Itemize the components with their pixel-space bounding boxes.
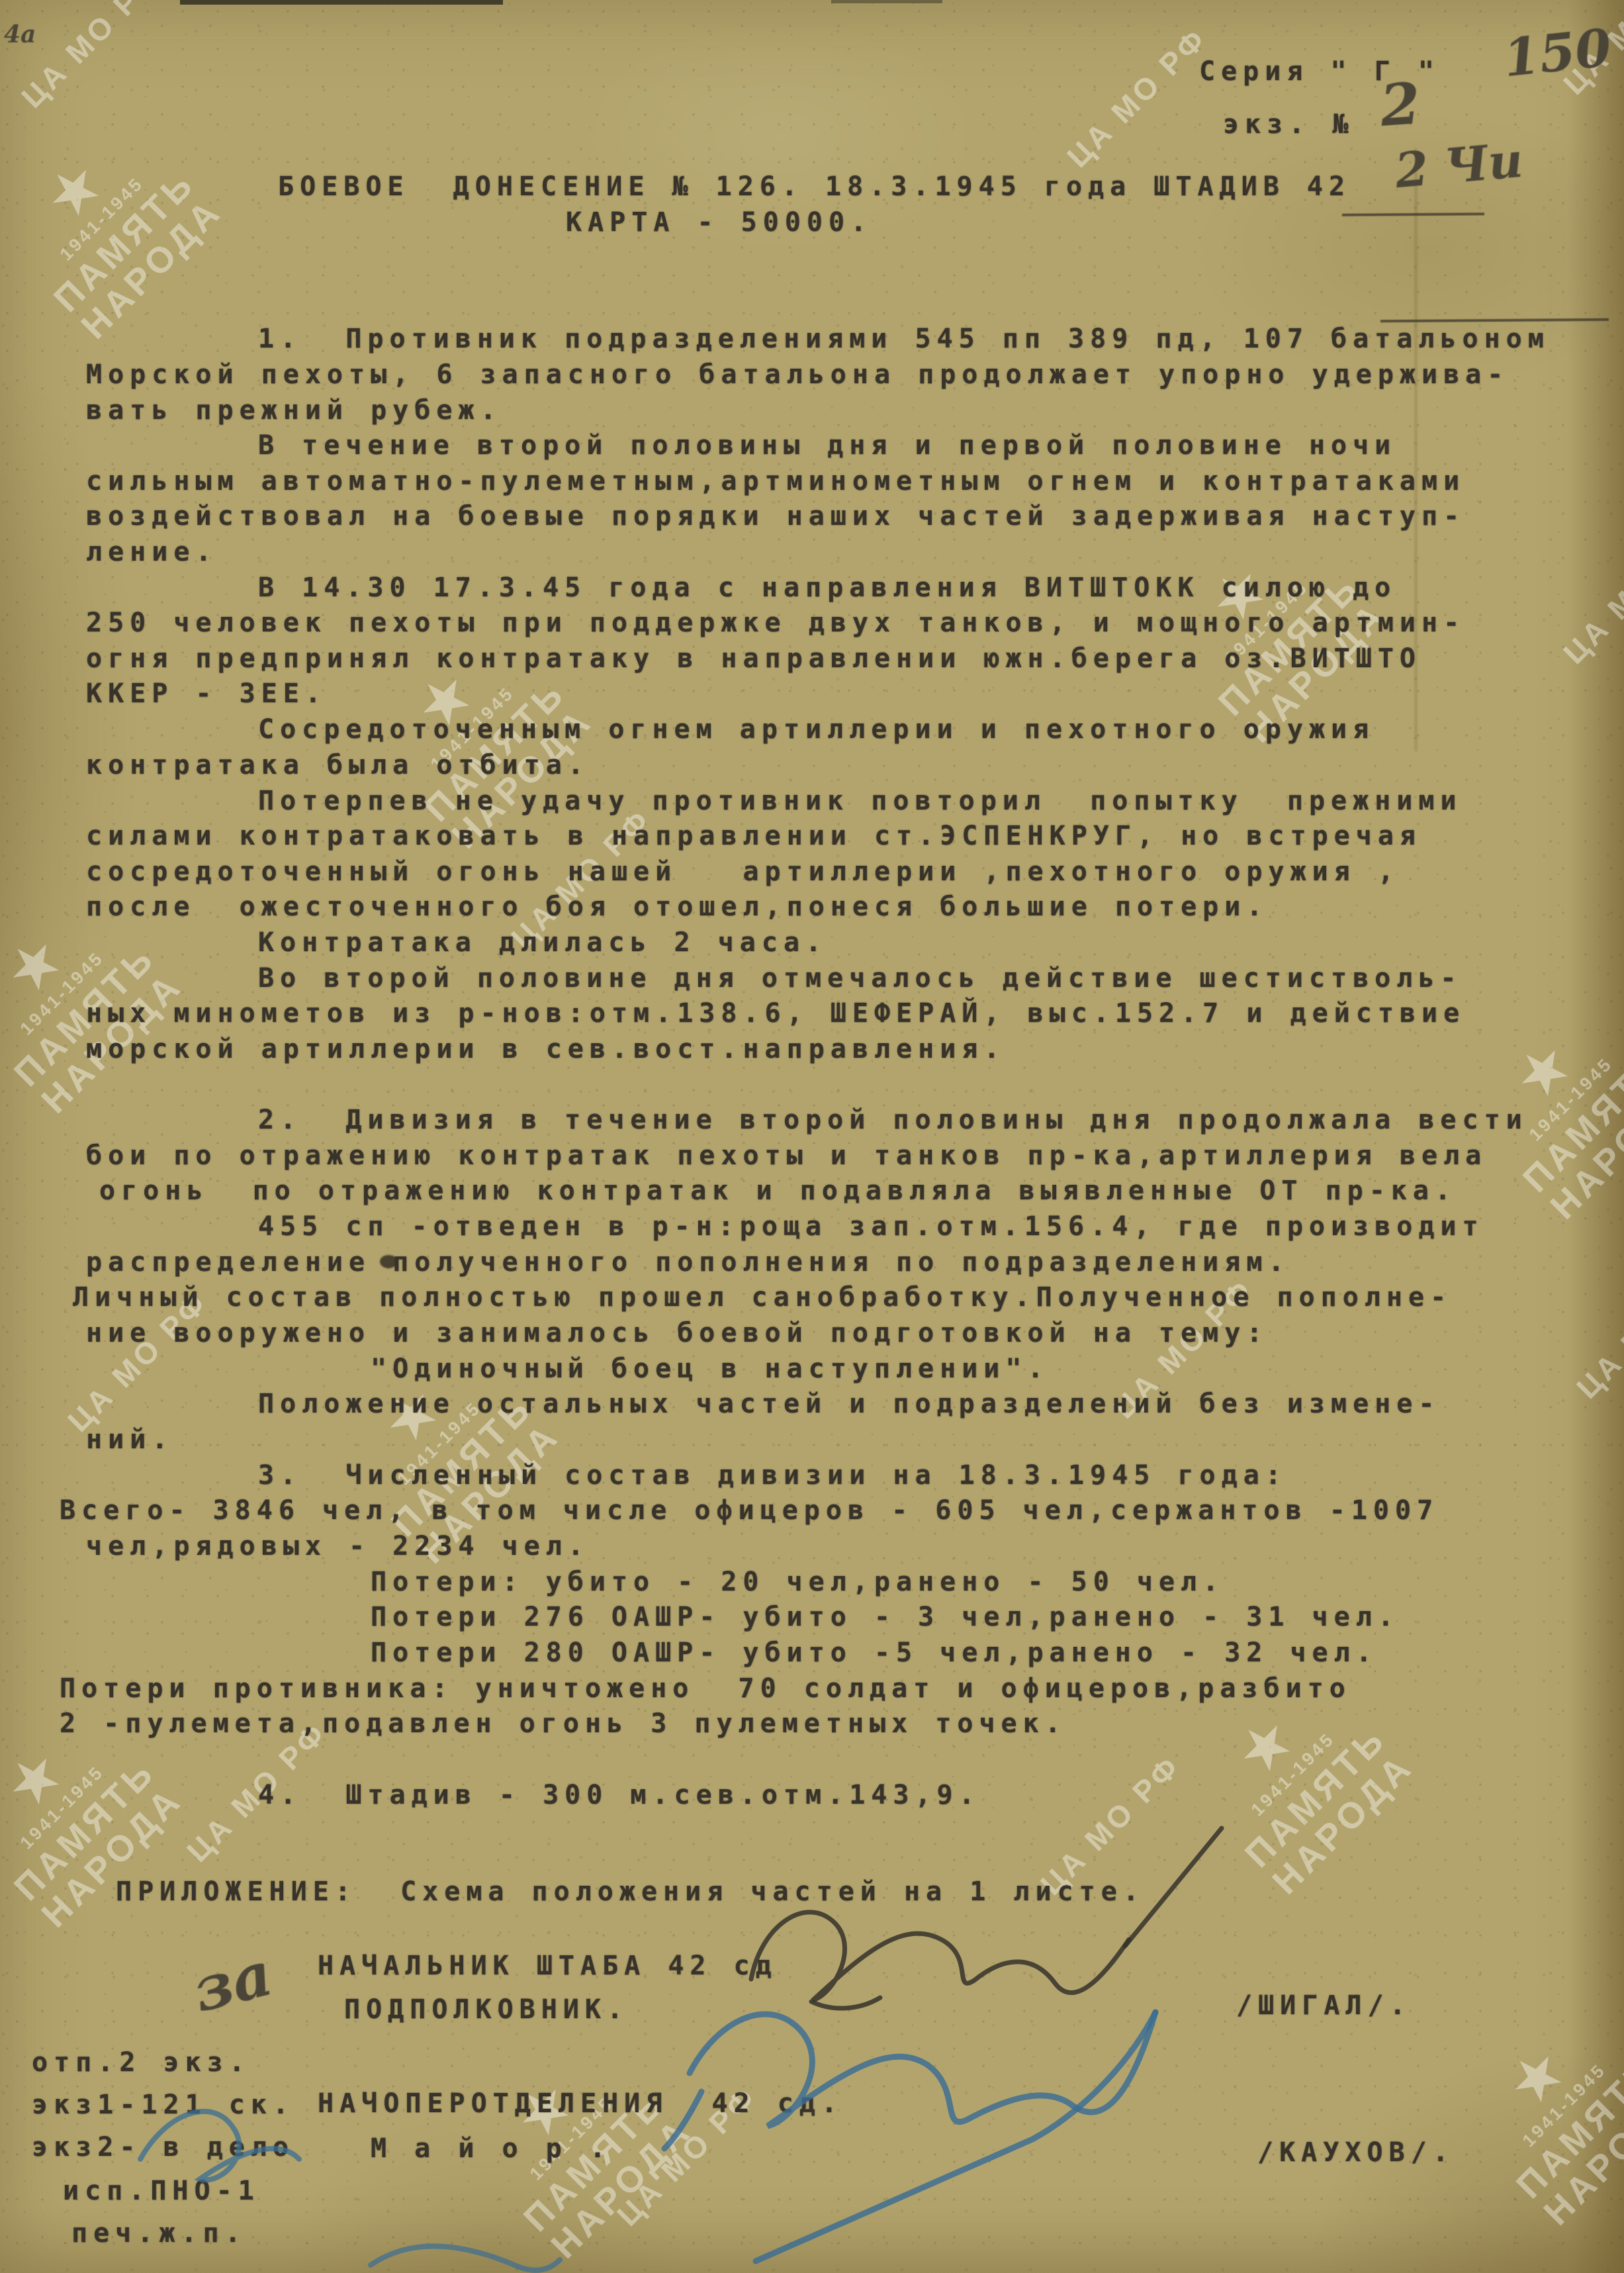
- watermark-memory-line1: ПАМЯТЬ: [1239, 1720, 1392, 1873]
- typed-line: печ.ж.п.: [71, 2220, 247, 2247]
- handwritten-note: 150: [1501, 23, 1613, 85]
- watermark-memory-line2: НАРОДА: [1538, 2079, 1624, 2231]
- typed-line: исп.ПНО-1: [63, 2178, 260, 2204]
- typed-line: контратака была отбита.: [86, 752, 590, 778]
- typed-line: экз. №: [1223, 111, 1355, 138]
- typed-line: чел,рядовых - 2234 чел.: [86, 1533, 590, 1559]
- watermark-years: 1941-1945: [56, 173, 148, 265]
- watermark-memory-line2: НАРОДА: [36, 1781, 188, 1933]
- typed-line: Во второй половине дня отмечалось действ…: [258, 965, 1463, 992]
- watermark-years: 1941-1945: [1525, 1054, 1617, 1146]
- star-icon: [1502, 2043, 1572, 2113]
- archive-watermark: ЦА МО РФ: [1569, 1251, 1624, 1405]
- typed-line: "Одиночный боец в наступлении".: [371, 1356, 1050, 1382]
- archive-watermark: ЦА МО РФ: [14, 0, 168, 115]
- typed-line: 455 сп -отведен в р-н:роща зап.отм.156.4…: [258, 1213, 1484, 1240]
- typed-line: Положение остальных частей и подразделен…: [258, 1391, 1440, 1417]
- typed-line: М а й о р .: [371, 2135, 611, 2162]
- star-icon: [1231, 1712, 1300, 1782]
- typed-line: Всего- 3846 чел, в том числе офицеров - …: [60, 1497, 1439, 1524]
- typed-line: 3. Численный состав дивизии на 18.3.1945…: [258, 1462, 1287, 1489]
- watermark-memory-line2: НАРОДА: [1545, 1073, 1624, 1225]
- memory-of-people-watermark: 1941-1945ПАМЯТЬНАРОДА: [0, 111, 228, 345]
- watermark-memory-line1: ПАМЯТЬ: [1510, 2051, 1624, 2204]
- typed-line: сильным автоматно-пулеметным,артминометн…: [86, 468, 1465, 494]
- handwritten-note: за: [187, 1943, 278, 2021]
- typed-line: Потери: убито - 20 чел,ранено - 50 чел.: [371, 1569, 1224, 1595]
- signature-scribble-bottom: [371, 2247, 560, 2270]
- typed-line: 2 -пулемета,подавлен огонь 3 пулеметных …: [60, 1710, 1067, 1737]
- document-page: ЦА МО РФЦА МО РФЦА МО РФЦА МО РФЦА МО РФ…: [0, 0, 1624, 2273]
- star-icon: [1509, 1037, 1578, 1107]
- archive-watermark: ЦА МО РФ: [1556, 516, 1624, 671]
- typed-line: Морской пехоты, 6 запасного батальона пр…: [86, 361, 1509, 388]
- typed-line: Потери 280 ОАШР- убито -5 чел,ранено - 3…: [371, 1640, 1378, 1666]
- watermark-years: 1941-1945: [1519, 2060, 1611, 2152]
- handwritten-note: 4а: [4, 23, 36, 46]
- typed-underline: [1342, 212, 1484, 216]
- watermark-memory-line2: НАРОДА: [75, 193, 228, 345]
- typed-line: /КАУХОВ/.: [1257, 2139, 1455, 2166]
- typed-line: ние вооружено и занималось боевой подгот…: [86, 1320, 1268, 1346]
- typed-line: ККЕР - ЗЕЕ.: [86, 680, 327, 707]
- typed-line: Контратака длилась 2 часа.: [258, 929, 827, 956]
- typed-line: морской артиллерии в сев.вост.направлени…: [86, 1036, 1005, 1062]
- archive-watermark: ЦА МО РФ: [1060, 20, 1214, 174]
- typed-line: отп.2 экз.: [32, 2049, 251, 2076]
- typed-line: Потерпев не удачу противник повторил поп…: [258, 788, 1463, 814]
- typed-line: Потери 276 ОАШР- убито - 3 чел,ранено - …: [371, 1604, 1400, 1630]
- typed-line: экз2- в дело: [32, 2134, 294, 2160]
- typed-line: ПОДПОЛКОВНИК.: [344, 1996, 629, 2023]
- typed-line: ных минометов из р-нов:отм.138.6, ШЕФЕРА…: [86, 1000, 1465, 1027]
- typed-line: Личный состав полностью прошел санобрабо…: [73, 1284, 1452, 1311]
- typed-line: силами контратаковать в направлении ст.Э…: [86, 823, 1421, 849]
- typed-line: воздействовал на боевые порядки наших ча…: [86, 503, 1465, 530]
- memory-of-people-watermark: 1941-1945ПАМЯТЬНАРОДА: [1456, 1997, 1624, 2231]
- typed-line: БОЕВОЕ ДОНЕСЕНИЕ № 126. 18.3.1945 года Ш…: [278, 173, 1351, 200]
- scan-edge-artifact: [180, 0, 503, 5]
- typed-line: Сосредоточенным огнем артиллерии и пехот…: [258, 716, 1375, 743]
- typed-line: экз1-121 ск.: [32, 2092, 294, 2118]
- typed-line: огня предпринял контратаку в направлении…: [86, 645, 1421, 672]
- watermark-years: 1941-1945: [1247, 1729, 1339, 1821]
- star-icon: [40, 157, 109, 226]
- typed-line: распределение полученного пополнения по …: [86, 1249, 1290, 1276]
- handwritten-note: 2 Чи: [1393, 136, 1525, 195]
- typed-line: НАЧОПЕРОТДЕЛЕНИЯ 42 сд.: [318, 2090, 843, 2117]
- watermark-memory-line1: ПАМЯТЬ: [48, 165, 201, 318]
- scan-edge-artifact: [831, 0, 942, 3]
- typed-line: огонь по отражению контратак и подавляла…: [99, 1178, 1457, 1204]
- typed-line: после ожесточенного боя отошел,понеся бо…: [86, 894, 1268, 920]
- handwritten-note: 2: [1378, 75, 1422, 135]
- typed-line: 250 человек пехоты при поддержке двух та…: [86, 610, 1465, 636]
- typed-line: НАЧАЛЬНИК ШТАБА 42 сд: [318, 1953, 778, 1979]
- typed-line: ний.: [86, 1426, 173, 1453]
- typed-line: сосредоточенный огонь нашей артиллерии ,…: [86, 858, 1400, 885]
- typed-line: 1. Противник подразделениями 545 пп 389 …: [258, 326, 1550, 352]
- typed-line: КАРТА - 50000.: [566, 209, 872, 236]
- typed-line: 4. Штадив - 300 м.сев.отм.143,9.: [258, 1782, 981, 1808]
- typed-line: Потери противника: уничтожено 70 солдат …: [60, 1675, 1351, 1702]
- watermark-memory-line2: НАРОДА: [1267, 1748, 1419, 1900]
- typed-line: /ШИГАЛ/.: [1236, 1992, 1412, 2019]
- typed-line: вать прежний рубеж.: [86, 397, 502, 424]
- typed-line: ПРИЛОЖЕНИЕ: Схема положения частей на 1 …: [116, 1879, 1145, 1905]
- typed-line: В 14.30 17.3.45 года с направления ВИТШТ…: [258, 575, 1396, 601]
- typed-line: ление.: [86, 539, 218, 565]
- typed-line: 2. Дивизия в течение второй половины дня…: [258, 1107, 1528, 1133]
- star-icon: [0, 1745, 69, 1815]
- watermark-years: 1941-1945: [17, 1762, 109, 1854]
- watermark-memory-line1: ПАМЯТЬ: [1517, 1045, 1624, 1198]
- star-icon: [0, 931, 69, 1001]
- typed-line: В течение второй половины дня и первой п…: [258, 432, 1396, 459]
- typed-line: бои по отражению контратак пехоты и танк…: [86, 1142, 1487, 1169]
